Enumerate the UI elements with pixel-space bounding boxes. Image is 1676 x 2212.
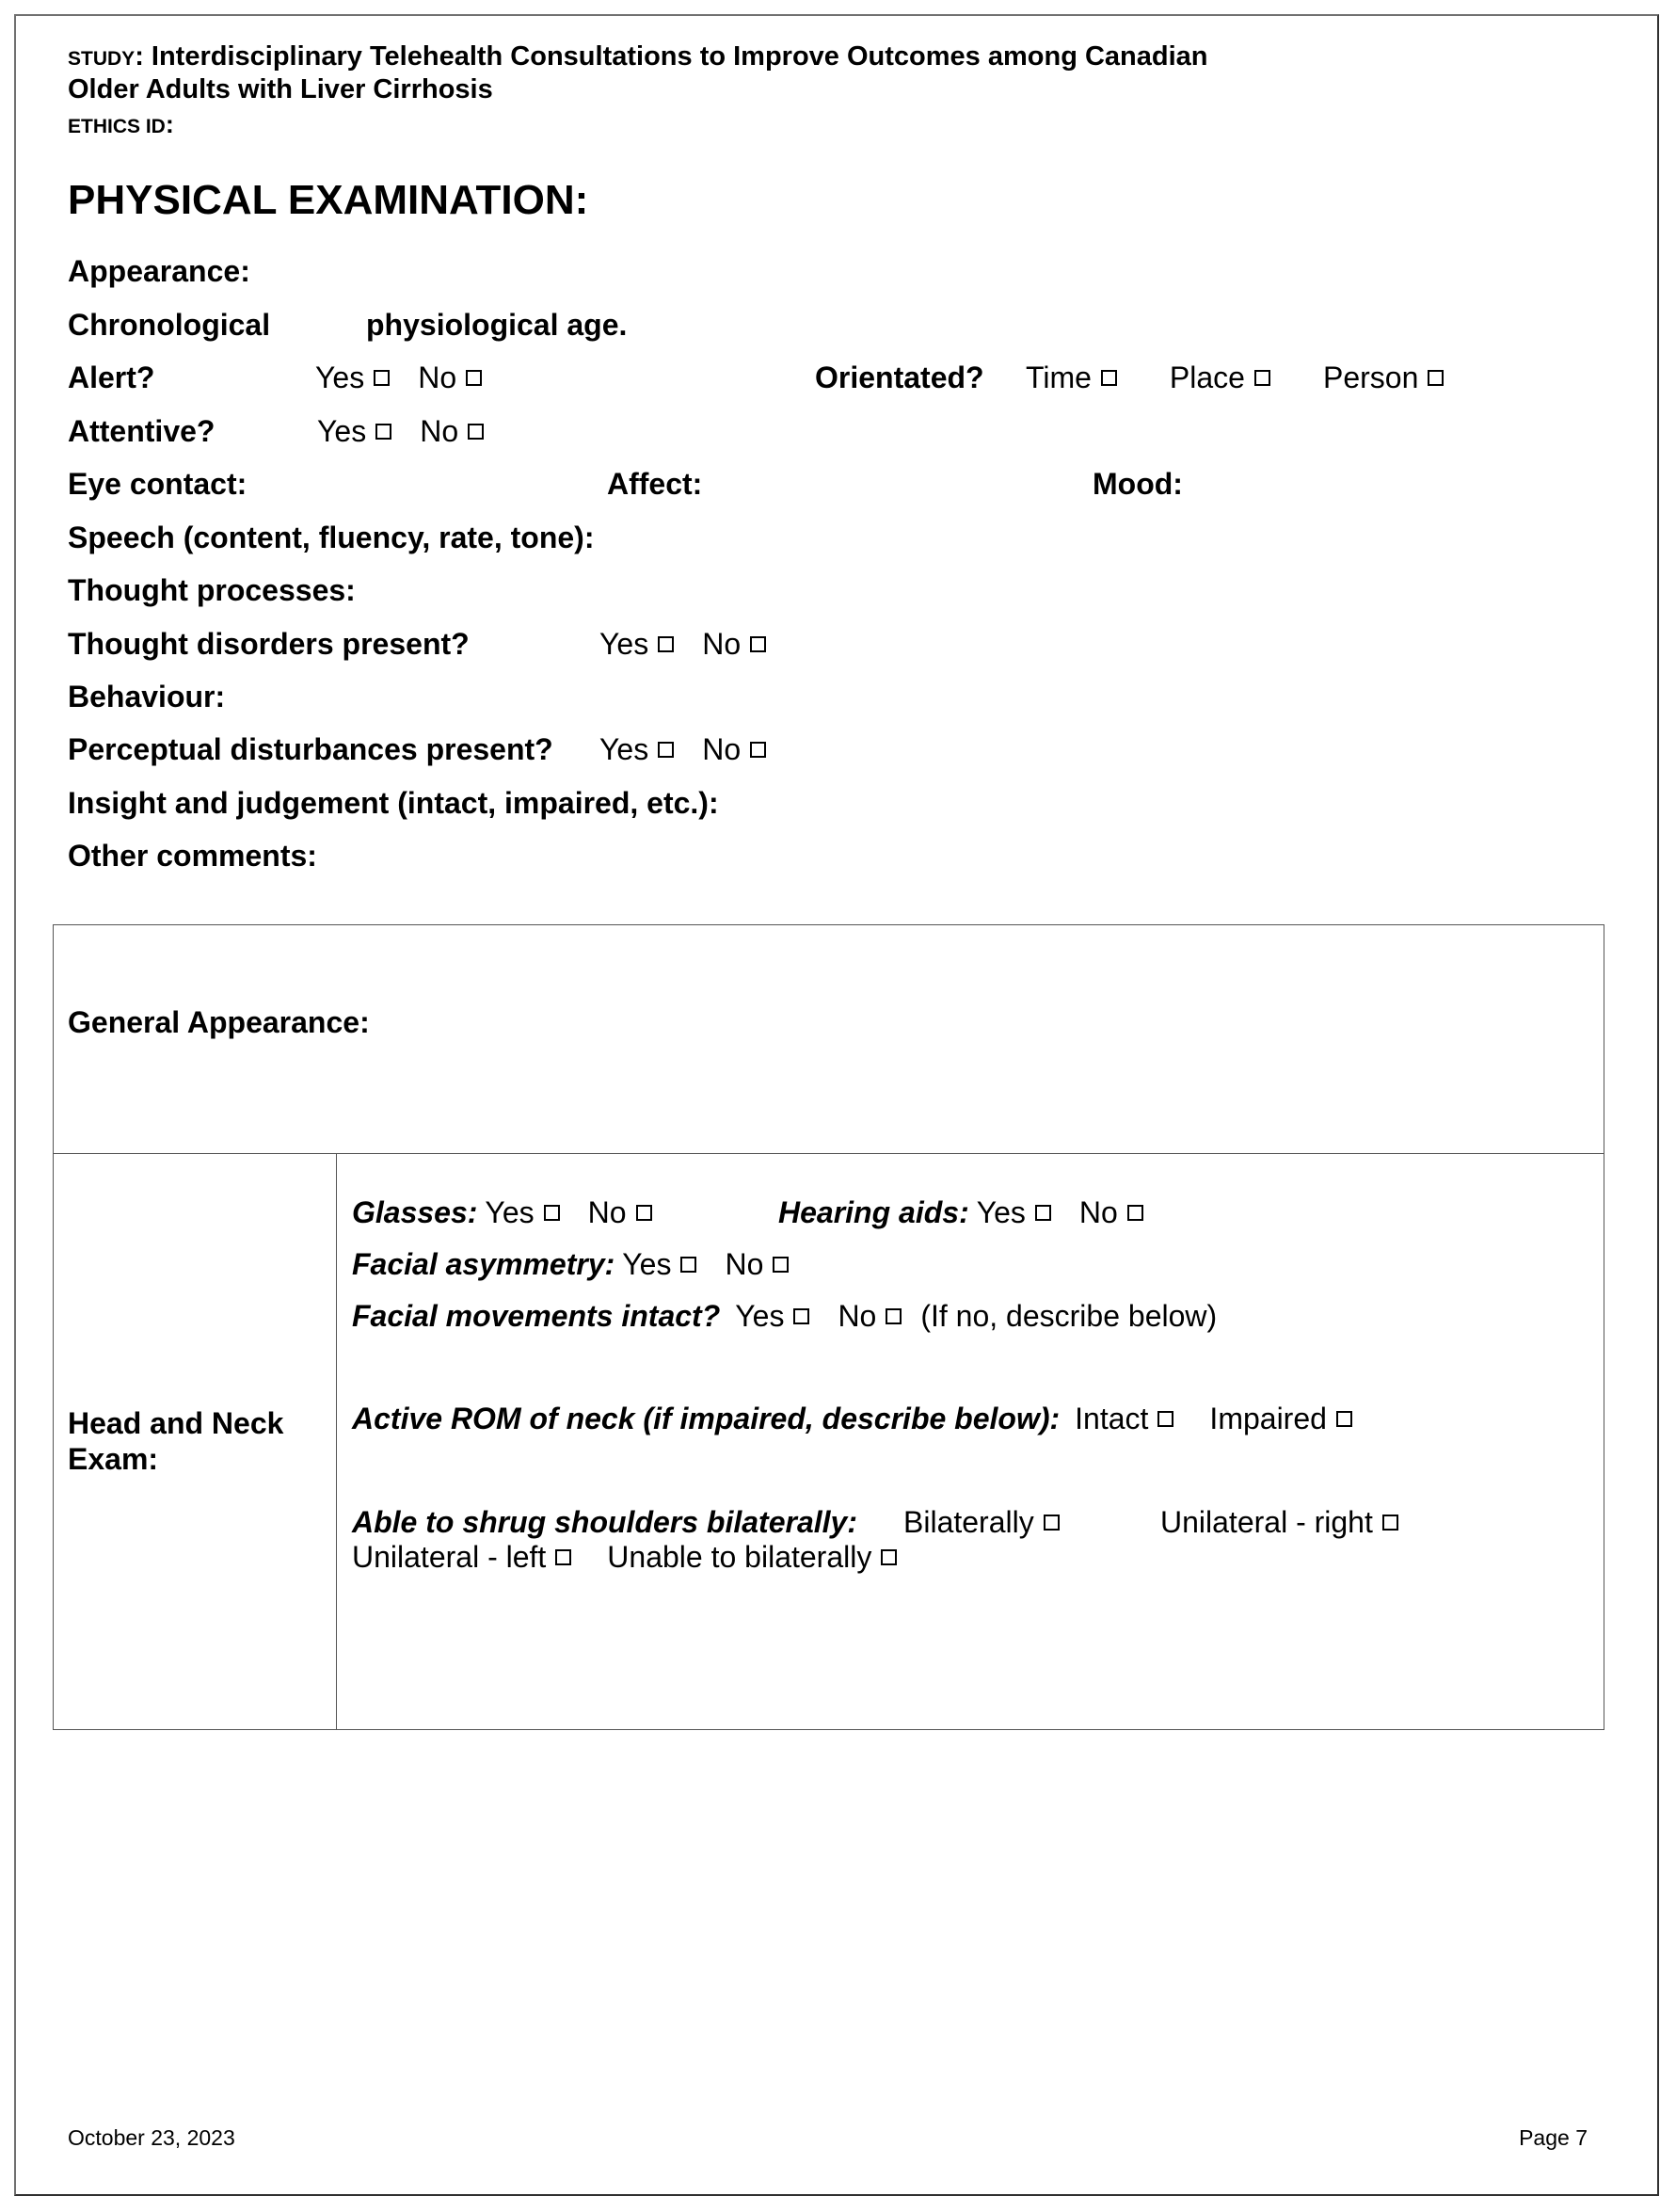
chronological-label: Chronological bbox=[68, 310, 270, 340]
other-comments-label: Other comments: bbox=[68, 841, 317, 871]
facial-movements-note: (If no, describe below) bbox=[920, 1301, 1217, 1331]
shrug-unilateral-left-checkbox[interactable] bbox=[555, 1549, 571, 1565]
glasses-yes-checkbox[interactable] bbox=[544, 1205, 560, 1221]
attentive-label: Attentive? bbox=[68, 416, 215, 446]
study-title-line1: Interdisciplinary Telehealth Consultatio… bbox=[152, 41, 1208, 72]
affect-label: Affect: bbox=[607, 469, 702, 499]
speech-label: Speech (content, fluency, rate, tone): bbox=[68, 522, 594, 553]
rom-impaired-checkbox[interactable] bbox=[1336, 1411, 1352, 1427]
table-column-divider bbox=[336, 1153, 337, 1729]
table-row-divider bbox=[53, 1153, 1604, 1154]
orientated-label: Orientated? bbox=[815, 362, 984, 393]
general-appearance-label: General Appearance: bbox=[68, 1004, 370, 1040]
footer-page-number: Page 7 bbox=[1519, 2127, 1588, 2149]
appearance-label: Appearance: bbox=[68, 256, 250, 286]
attentive-no-checkbox[interactable] bbox=[468, 424, 484, 440]
thought-disorders-no-checkbox[interactable] bbox=[750, 636, 766, 652]
alert-options: Yes No bbox=[315, 362, 482, 393]
shrug-bilaterally-checkbox[interactable] bbox=[1044, 1515, 1060, 1531]
perceptual-options: Yes No bbox=[599, 734, 766, 764]
orientated-time-checkbox[interactable] bbox=[1101, 370, 1117, 386]
orientated-place-checkbox[interactable] bbox=[1254, 370, 1270, 386]
thought-processes-label: Thought processes: bbox=[68, 575, 356, 605]
perceptual-no-checkbox[interactable] bbox=[750, 742, 766, 758]
facial-movements-row: Facial movements intact? Yes No (If no, … bbox=[352, 1301, 1217, 1331]
shrug-unilateral-right-checkbox[interactable] bbox=[1382, 1515, 1398, 1531]
attentive-yes-checkbox[interactable] bbox=[375, 424, 391, 440]
mood-label: Mood: bbox=[1093, 469, 1183, 499]
facial-asymmetry-yes-checkbox[interactable] bbox=[680, 1257, 696, 1273]
orientated-options: Time Place Person bbox=[1026, 362, 1444, 393]
thought-disorders-label: Thought disorders present? bbox=[68, 629, 470, 659]
perceptual-yes-checkbox[interactable] bbox=[658, 742, 674, 758]
alert-label: Alert? bbox=[68, 362, 154, 393]
ethics-id: ETHICS ID: bbox=[68, 112, 174, 137]
alert-no-checkbox[interactable] bbox=[466, 370, 482, 386]
shrug-unable-checkbox[interactable] bbox=[881, 1549, 897, 1565]
hearing-aids-no-checkbox[interactable] bbox=[1127, 1205, 1143, 1221]
facial-asymmetry-no-checkbox[interactable] bbox=[773, 1257, 789, 1273]
physiological-label: physiological age. bbox=[366, 310, 627, 340]
hearing-aids-row: Hearing aids: Yes No bbox=[778, 1197, 1143, 1227]
facial-movements-yes-checkbox[interactable] bbox=[793, 1308, 809, 1324]
hearing-aids-yes-checkbox[interactable] bbox=[1035, 1205, 1051, 1221]
attentive-options: Yes No bbox=[317, 416, 484, 446]
orientated-person-checkbox[interactable] bbox=[1428, 370, 1444, 386]
study-header: STUDY: Interdisciplinary Telehealth Cons… bbox=[68, 43, 1208, 71]
head-neck-label: Head and Neck Exam: bbox=[68, 1405, 283, 1477]
shrug-row: Able to shrug shoulders bilaterally: bbox=[352, 1507, 857, 1537]
footer-date: October 23, 2023 bbox=[68, 2127, 235, 2149]
study-label: STUDY bbox=[68, 48, 135, 70]
alert-yes-checkbox[interactable] bbox=[374, 370, 390, 386]
ethics-label: ETHICS ID bbox=[68, 116, 166, 137]
behaviour-label: Behaviour: bbox=[68, 681, 225, 712]
thought-disorders-options: Yes No bbox=[599, 629, 766, 659]
rom-intact-checkbox[interactable] bbox=[1157, 1411, 1173, 1427]
shrug-unilateral-right-option: Unilateral - right bbox=[1160, 1507, 1398, 1537]
eye-contact-label: Eye contact: bbox=[68, 469, 247, 499]
perceptual-label: Perceptual disturbances present? bbox=[68, 734, 553, 764]
shrug-bilaterally-option: Bilaterally bbox=[903, 1507, 1060, 1537]
insight-label: Insight and judgement (intact, impaired,… bbox=[68, 788, 719, 818]
glasses-row: Glasses: Yes No bbox=[352, 1197, 652, 1227]
section-title: PHYSICAL EXAMINATION: bbox=[68, 180, 588, 221]
facial-movements-no-checkbox[interactable] bbox=[886, 1308, 902, 1324]
facial-asymmetry-row: Facial asymmetry: Yes No bbox=[352, 1249, 789, 1279]
study-title-line2: Older Adults with Liver Cirrhosis bbox=[68, 76, 493, 104]
shrug-row-2: Unilateral - left Unable to bilaterally bbox=[352, 1542, 897, 1572]
active-rom-row: Active ROM of neck (if impaired, describ… bbox=[352, 1403, 1352, 1434]
thought-disorders-yes-checkbox[interactable] bbox=[658, 636, 674, 652]
glasses-no-checkbox[interactable] bbox=[636, 1205, 652, 1221]
